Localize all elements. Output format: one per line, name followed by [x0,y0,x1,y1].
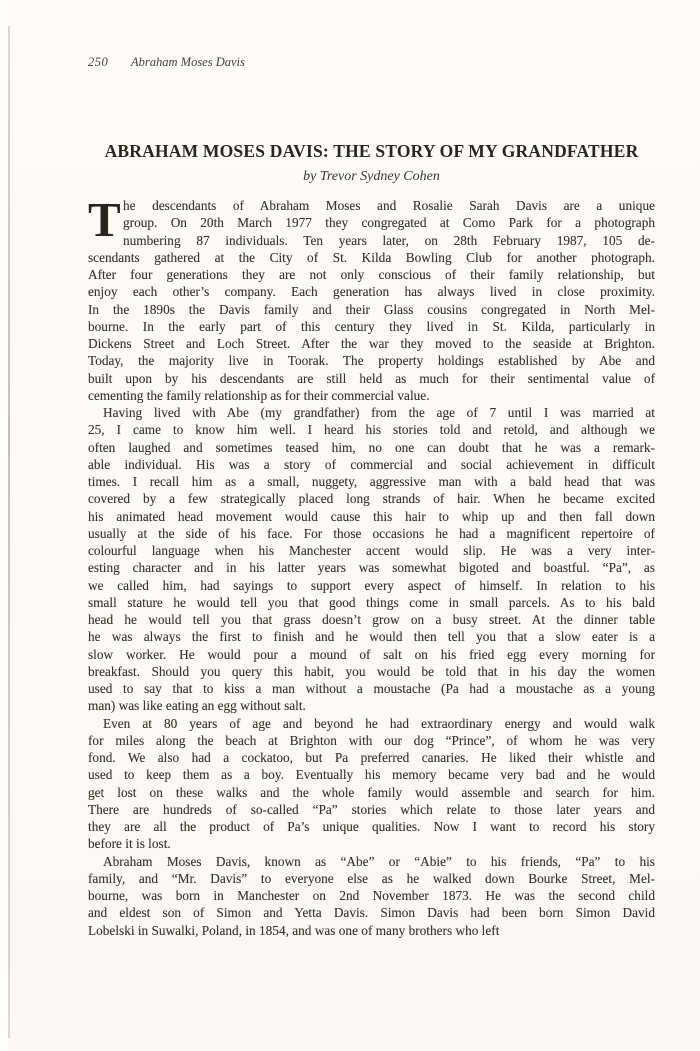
text-line: bourne. In the early part of this centur… [88,318,655,335]
text-line: used to keep them as a boy. Eventually h… [88,766,655,783]
text-line: enjoy each other’s company. Each generat… [88,283,655,300]
text-line: his animated head movement would cause t… [88,508,655,525]
text-line: before it is lost. [88,835,655,852]
byline: by Trevor Sydney Cohen [88,169,655,185]
text-line: scendants gathered at the City of St. Ki… [88,249,655,266]
text-line: Even at 80 years of age and beyond he ha… [88,715,655,732]
paragraph: The descendants of Abraham Moses and Ros… [88,197,655,404]
page-number: 250 [88,55,112,70]
text-line: Having lived with Abe (my grandfather) f… [88,404,655,421]
text-line: times. I recall him as a small, nuggety,… [88,473,655,490]
text-line: he was always the first to finish and he… [88,628,655,645]
text-line: small stature he would tell you that goo… [88,594,655,611]
text-line: family, and “Mr. Davis” to everyone else… [88,870,655,887]
article-title: ABRAHAM MOSES DAVIS: THE STORY OF MY GRA… [88,141,655,162]
text-line: get lost on these walks and the whole fa… [88,784,655,801]
page-header: 250Abraham Moses Davis [88,55,655,70]
text-line: man) was like eating an egg without salt… [88,697,655,714]
page-edge-line [8,26,10,1038]
text-line: There are hundreds of so-called “Pa” sto… [88,801,655,818]
text-line: fond. We also had a cockatoo, but Pa pre… [88,749,655,766]
text-line: often laughed and sometimes teased him, … [88,439,655,456]
text-line: able individual. His was a story of comm… [88,456,655,473]
text-line: numbering 87 individuals. Ten years late… [123,232,655,249]
page-edge-strip [0,0,8,1051]
text-line: for miles along the beach at Brighton wi… [88,732,655,749]
page-content: 250Abraham Moses Davis ABRAHAM MOSES DAV… [88,0,655,939]
text-line: Dickens Street and Loch Street. After th… [88,335,655,352]
text-line: group. On 20th March 1977 they congregat… [123,214,655,231]
text-line: used to say that to kiss a man without a… [88,680,655,697]
text-line: 25, I came to know him well. I heard his… [88,421,655,438]
text-line: breakfast. Should you query this habit, … [88,663,655,680]
text-line: he descendants of Abraham Moses and Rosa… [123,197,655,214]
text-line: Lobelski in Suwalki, Poland, in 1854, an… [88,922,655,939]
article-body: The descendants of Abraham Moses and Ros… [88,197,655,939]
text-line: cementing the family relationship as for… [88,387,655,404]
text-line: bourne, was born in Manchester on 2nd No… [88,887,655,904]
paragraph: Having lived with Abe (my grandfather) f… [88,404,655,715]
text-line: esting character and in his latter years… [88,559,655,576]
text-line: Today, the majority live in Toorak. The … [88,352,655,369]
text-line: we called him, had sayings to support ev… [88,577,655,594]
text-line: slow worker. He would pour a mound of sa… [88,646,655,663]
running-header: Abraham Moses Davis [131,55,245,69]
text-line: After four generations they are not only… [88,266,655,283]
paragraph: Even at 80 years of age and beyond he ha… [88,715,655,853]
text-line: In the 1890s the Davis family and their … [88,301,655,318]
book-page: 250Abraham Moses Davis ABRAHAM MOSES DAV… [0,0,700,1051]
paragraph: Abraham Moses Davis, known as “Abe” or “… [88,853,655,939]
text-line: usually at the side of his face. For tho… [88,525,655,542]
text-line: head he would tell you that grass doesn’… [88,611,655,628]
text-line: colourful language when his Manchester a… [88,542,655,559]
text-line: covered by a few strategically placed lo… [88,490,655,507]
text-line: built upon by his descendants are still … [88,370,655,387]
text-line: they are all the product of Pa’s unique … [88,818,655,835]
text-line: and eldest son of Simon and Yetta Davis.… [88,904,655,921]
text-line: Abraham Moses Davis, known as “Abe” or “… [88,853,655,870]
drop-cap: T [88,195,121,245]
